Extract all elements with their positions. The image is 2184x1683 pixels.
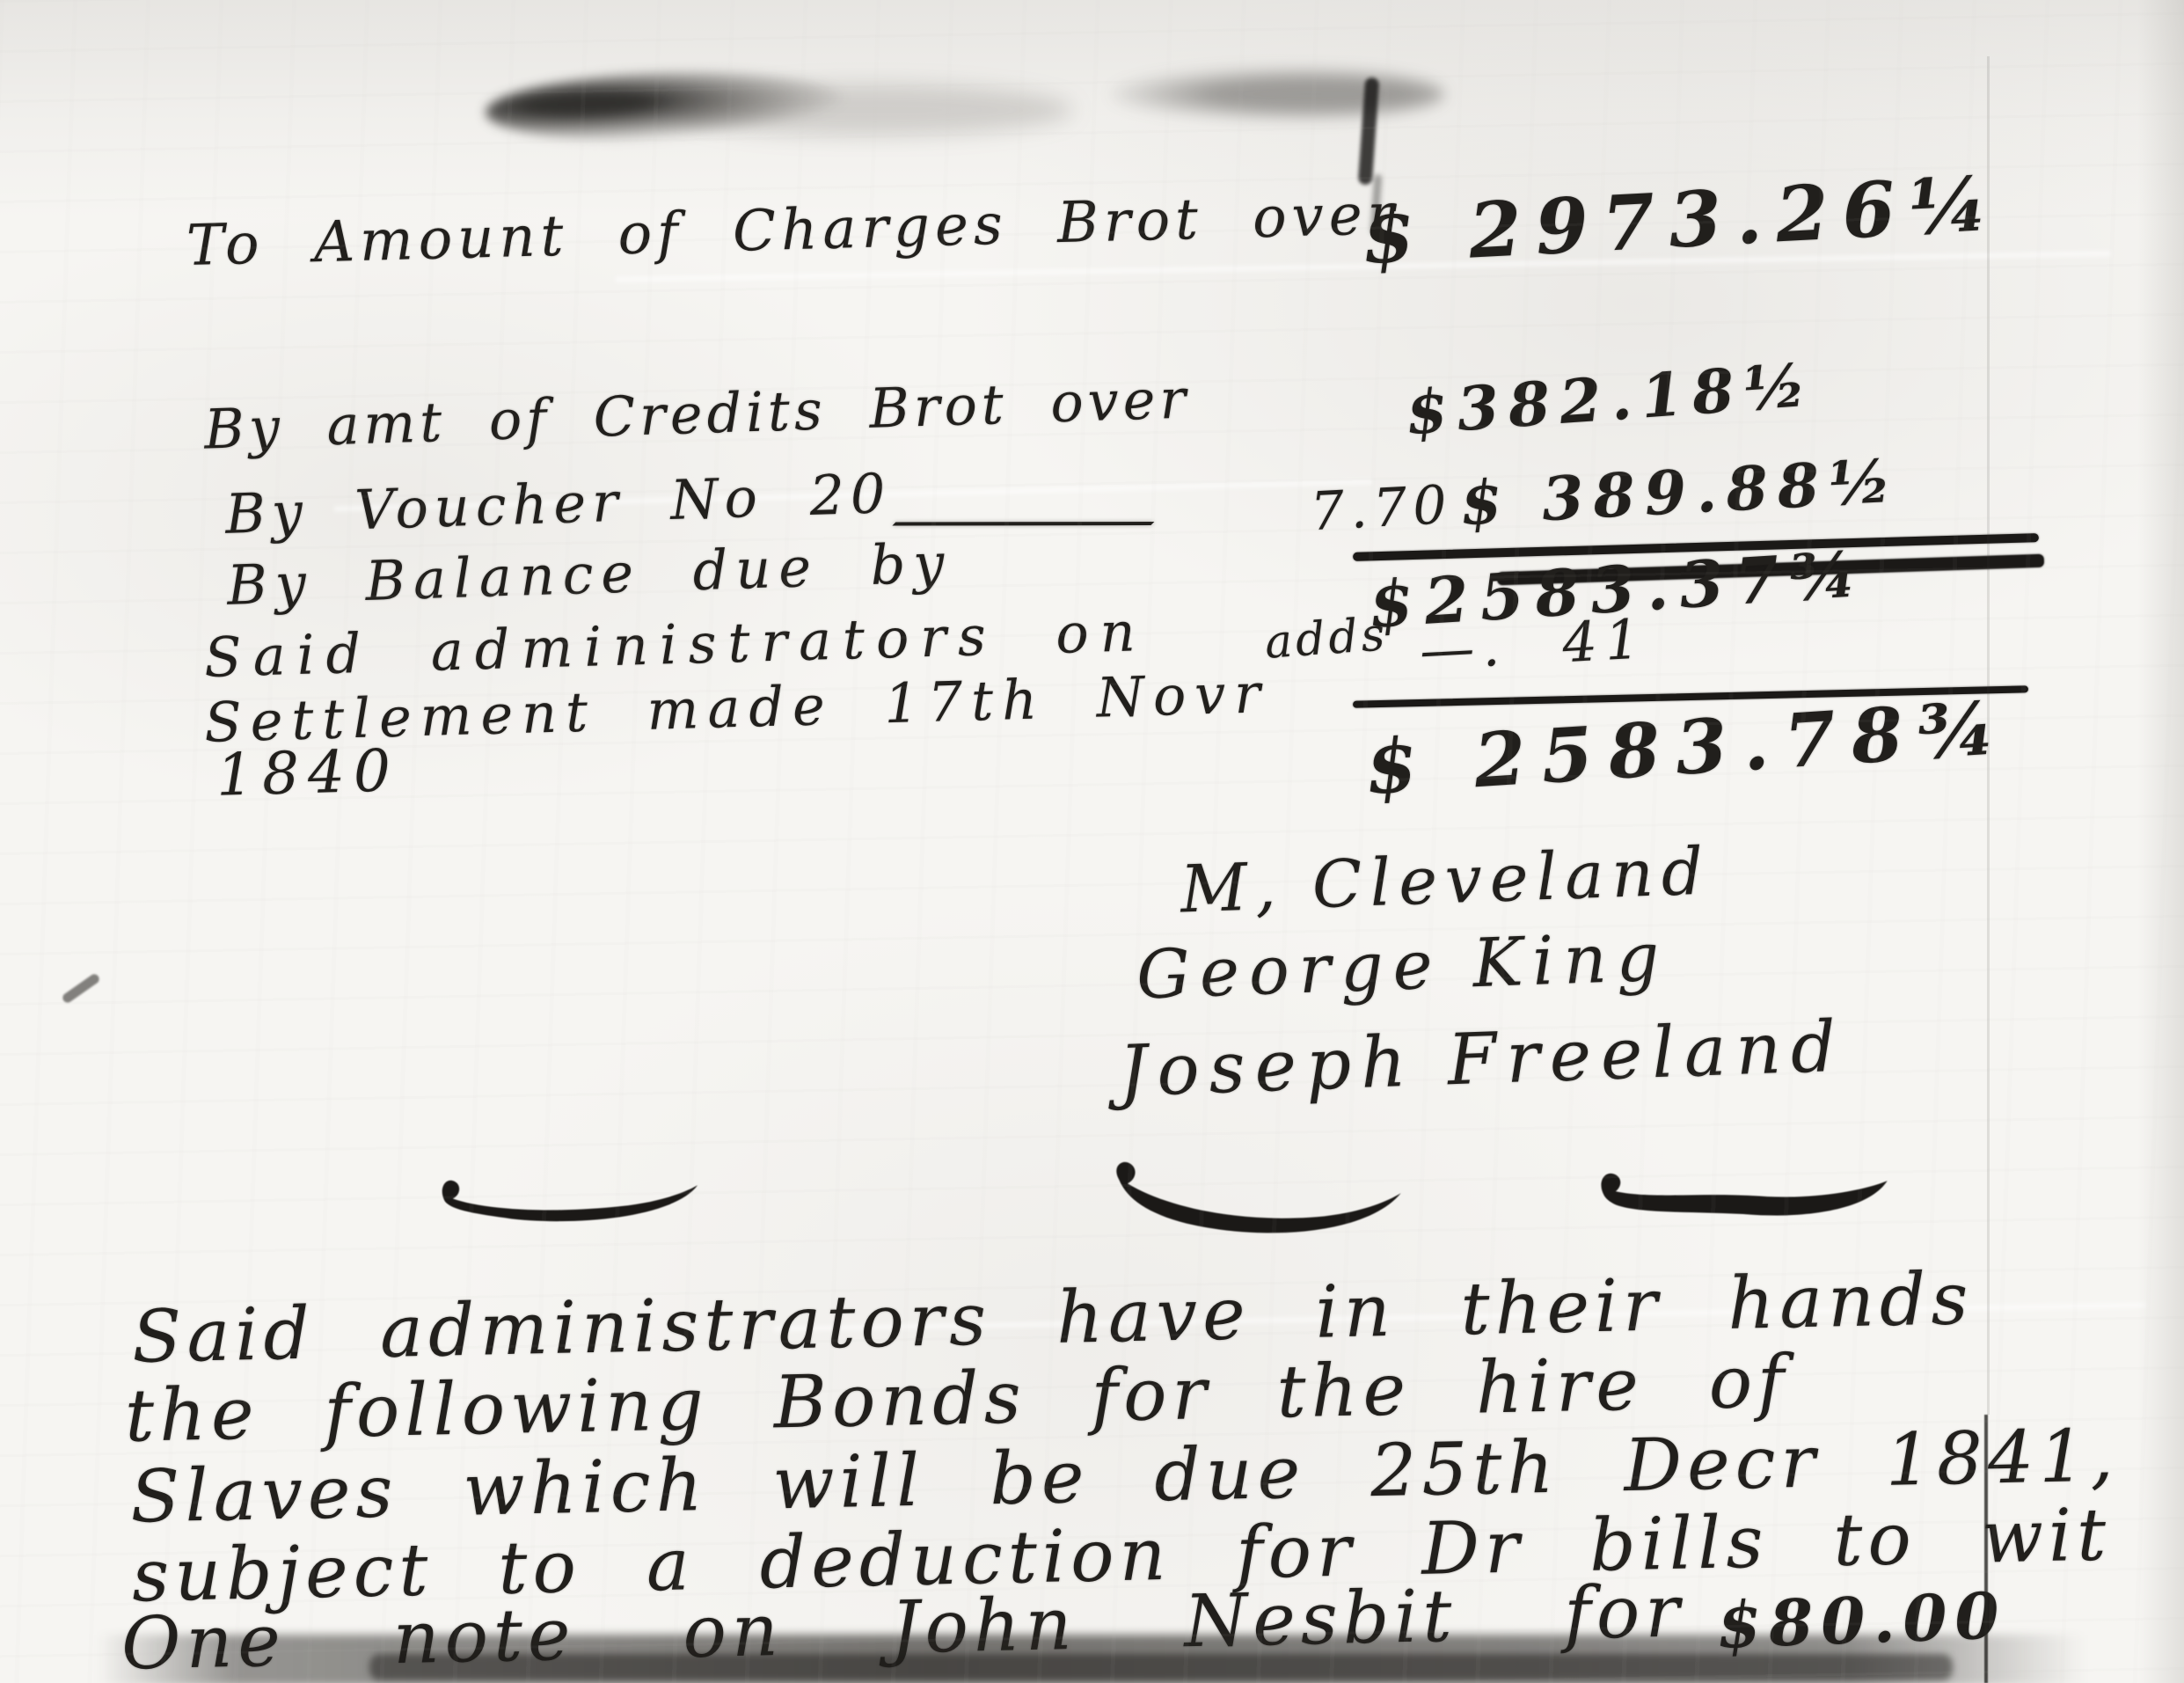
balance-line-label: By Balance due by	[226, 536, 953, 613]
separator-flourish-left	[420, 1162, 715, 1243]
addition-note-label: adds	[1263, 611, 1390, 666]
voucher-amount: $ 389.88½	[1459, 451, 1903, 534]
signature-joseph-freeland: Joseph Freeland	[1118, 1012, 1847, 1108]
addition-amount: —. 41	[1419, 611, 1649, 677]
ink-smear-top-right	[1110, 67, 1444, 121]
ink-smudge-top-left	[485, 66, 847, 147]
signature-m-cleveland: M, Cleveland	[1180, 838, 1713, 922]
year-label: 1840	[215, 742, 400, 804]
settlement-total-amount: $ 2583.78¾	[1363, 691, 2013, 805]
separator-flourish-middle	[1099, 1151, 1412, 1253]
note-amount: $80.00	[1716, 1584, 2008, 1657]
charges-line-label: To Amount of Charges Brot over	[186, 187, 1400, 274]
credits-amount: $382.18½	[1404, 355, 1817, 443]
separator-flourish-right	[1575, 1150, 1910, 1243]
scan-edge-shade-right	[2137, 0, 2184, 1683]
stray-pen-mark-left-edge	[61, 972, 101, 1005]
scanned-handwritten-ledger-page: To Amount of Charges Brot over $ 2973.26…	[0, 0, 2184, 1683]
charges-amount: $ 2973.26¼	[1360, 166, 2004, 275]
ink-streak-top-center	[1358, 77, 1379, 186]
voucher-carry-amount: 7.70	[1310, 479, 1455, 538]
ink-smear-top-center	[668, 84, 1073, 135]
signature-george-king: George King	[1136, 923, 1670, 1008]
voucher-line-label: By Voucher No 20	[224, 466, 892, 542]
credits-line-label: By amt of Credits Brot over	[203, 371, 1191, 457]
